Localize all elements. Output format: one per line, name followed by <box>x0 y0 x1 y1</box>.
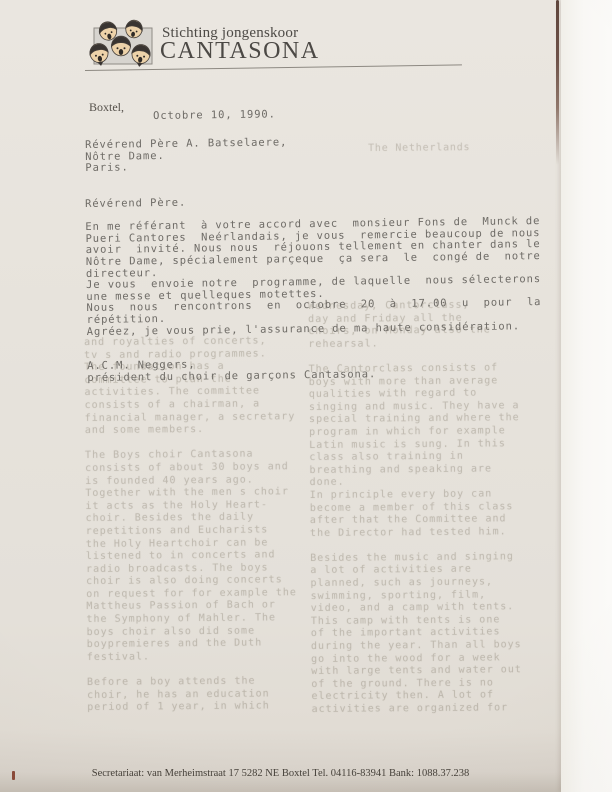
org-name: CANTASONA <box>160 38 320 65</box>
paper-edge-shadow <box>556 0 559 165</box>
letter-body: Révérend Père. En me référant à votre ac… <box>85 193 542 384</box>
recipient-address: Révérend Père A. Batselaere, Nôtre Dame.… <box>85 137 288 174</box>
bleedthrough-left-column: and royalties of concerts, tv s and radi… <box>84 335 298 715</box>
scanner-bed-strip <box>561 0 612 792</box>
letter-date: Octobre 10, 1990. <box>153 109 276 122</box>
secretariat-contact-line: Secretariaat: van Merheimstraat 17 5282 … <box>0 768 561 779</box>
place-label: Boxtel, <box>89 100 124 115</box>
scanned-letter-page: Stichting jongenskoor CANTASONA Boxtel, … <box>0 0 612 792</box>
bleedthrough-fragment: The Netherlands <box>368 142 470 155</box>
red-margin-mark <box>12 771 15 780</box>
singing-boys-choir-icon <box>86 15 164 75</box>
